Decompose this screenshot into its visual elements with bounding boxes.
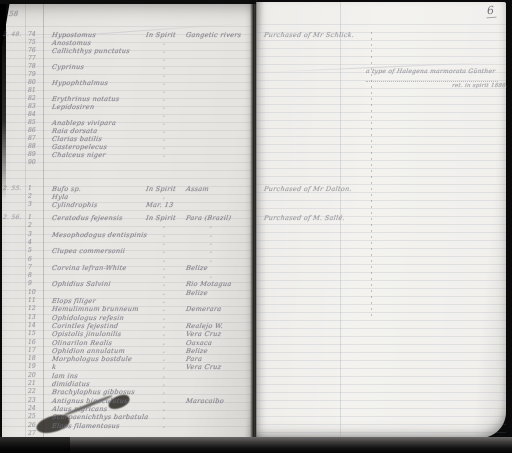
species-name: Olinarilon Realis xyxy=(51,339,112,347)
row-number: 24 xyxy=(28,405,36,412)
locality: Belize xyxy=(185,347,208,355)
locality: Rio Motagua xyxy=(185,280,232,288)
date-annotation: ret. in spirit 1886. xyxy=(452,83,509,89)
ditto-mark: , xyxy=(210,256,212,263)
row-number: 2 xyxy=(28,193,32,200)
ditto-mark: , xyxy=(163,422,165,429)
species-name: Opistolis jinulonilis xyxy=(51,330,121,338)
ditto-mark: , xyxy=(163,239,165,246)
type-annotation: a type of Halegena marmorata Günther xyxy=(366,68,496,75)
species-name: Clupea commersonii xyxy=(51,247,125,255)
row-number: 8 xyxy=(28,272,32,279)
row-number: 83 xyxy=(28,103,36,110)
ditto-mark: , xyxy=(163,79,165,86)
ditto-mark: , xyxy=(163,405,165,412)
row-number: 76 xyxy=(28,47,36,54)
ditto-mark: , xyxy=(163,380,165,387)
left-page-number: 58 xyxy=(8,10,19,18)
ditto-mark: , xyxy=(163,222,165,229)
row-number: 13 xyxy=(28,314,36,321)
ditto-mark: , xyxy=(163,413,165,420)
ditto-mark: , xyxy=(210,247,212,254)
species-name: Clarias batilis xyxy=(51,135,102,143)
ditto-mark: , xyxy=(163,280,165,287)
species-name: Raia dorsata xyxy=(51,127,98,135)
species-name: Corvina lefran-White xyxy=(51,264,127,272)
row-number: 2 xyxy=(28,222,32,229)
row-number: 23 xyxy=(28,397,36,404)
ditto-mark: , xyxy=(163,355,165,362)
ditto-mark: , xyxy=(163,339,165,346)
species-name: Ophidion annulatum xyxy=(51,347,125,355)
row-number: 1 xyxy=(28,214,32,221)
row-number: 89 xyxy=(28,151,36,158)
row-number: 11 xyxy=(28,297,36,304)
ditto-mark: , xyxy=(210,239,212,246)
ditto-mark: , xyxy=(163,256,165,263)
acquisition-note: Purchased of M. Sallé. xyxy=(263,214,345,222)
ditto-mark: , xyxy=(163,95,165,102)
species-name: Ophidologus refesin xyxy=(51,314,124,322)
ditto-mark: , xyxy=(163,231,165,238)
ditto-mark: , xyxy=(210,272,212,279)
species-name: dimidiatus xyxy=(51,380,90,388)
row-number: 14 xyxy=(28,322,36,329)
species-name: k xyxy=(51,363,56,371)
species-name: Callichthys punctatus xyxy=(51,47,130,55)
row-number: 1 xyxy=(28,185,32,192)
ditto-mark: , xyxy=(210,231,212,238)
row-number: 5 xyxy=(28,247,32,254)
species-name: Anostomus xyxy=(51,39,91,47)
ditto-mark: , xyxy=(163,372,165,379)
species-name: Lepidosiren xyxy=(51,103,94,111)
ditto-mark: , xyxy=(163,87,165,94)
species-name: Ophidius Salvini xyxy=(51,280,111,288)
species-name: Cyprinus xyxy=(51,63,84,71)
species-name: Hyla xyxy=(51,193,69,201)
row-number: 19 xyxy=(28,363,36,370)
species-name: lam ins xyxy=(51,372,78,380)
locality: Assam xyxy=(185,185,209,193)
row-number: 17 xyxy=(28,347,36,354)
spirit-note: In Spirit xyxy=(145,31,176,39)
row-number: 26 xyxy=(28,422,36,429)
locality: Demerara xyxy=(185,305,222,313)
register-photo: 58 6 a type of Halegena marmorata Günthe… xyxy=(0,0,512,453)
row-number: 78 xyxy=(28,63,36,70)
row-number: 7 xyxy=(28,264,32,271)
accession-code: 2. 56. xyxy=(3,214,23,221)
row-number: 18 xyxy=(28,355,36,362)
species-name: Alaus nigricans xyxy=(51,405,107,413)
species-name: Hypophthalmus xyxy=(51,79,108,87)
ditto-mark: , xyxy=(163,127,165,134)
acquisition-note: Purchased of Mr Dalton. xyxy=(263,185,352,193)
row-number: 9 xyxy=(28,280,32,287)
ditto-mark: , xyxy=(163,247,165,254)
locality: Belize xyxy=(185,264,208,272)
row-number: 10 xyxy=(28,289,36,296)
species-name: Morphologus bostdule xyxy=(51,355,132,363)
species-name: Bufo sp. xyxy=(51,185,81,193)
species-name: Elops filamentosus xyxy=(51,422,120,430)
row-number: 3 xyxy=(28,201,32,208)
row-number: 88 xyxy=(28,143,36,150)
row-number: 84 xyxy=(28,111,36,118)
row-number: 6 xyxy=(28,256,32,263)
spirit-note: In Spirit xyxy=(145,214,176,222)
row-number: 74 xyxy=(28,31,36,38)
ditto-mark: , xyxy=(210,222,212,229)
locality: Vera Cruz xyxy=(185,330,222,338)
species-name: Antignus binoculatus xyxy=(51,397,128,405)
row-number: 22 xyxy=(28,388,36,395)
row-number: 90 xyxy=(28,159,36,166)
row-number: 21 xyxy=(28,380,36,387)
row-number: 4 xyxy=(28,239,32,246)
row-number: 82 xyxy=(28,95,36,102)
ditto-mark: , xyxy=(163,363,165,370)
ditto-mark: , xyxy=(163,305,165,312)
locality: Belize xyxy=(185,289,208,297)
annotation-dotted-line xyxy=(366,80,498,82)
locality: Vera Cruz xyxy=(185,363,222,371)
row-number: 27 xyxy=(28,430,36,437)
ditto-mark: , xyxy=(163,63,165,70)
row-number: 16 xyxy=(28,339,36,346)
ditto-mark: , xyxy=(163,330,165,337)
row-number: 12 xyxy=(28,305,36,312)
locality: Para xyxy=(185,355,202,363)
row-number: 87 xyxy=(28,135,36,142)
row-number: 85 xyxy=(28,119,36,126)
row-number: 80 xyxy=(28,79,36,86)
species-name: Corintles fejestind xyxy=(51,322,118,330)
row-number: 81 xyxy=(28,87,36,94)
ditto-mark: , xyxy=(163,135,165,142)
accession-code: 2. 48. xyxy=(3,31,23,38)
ditto-mark: , xyxy=(163,347,165,354)
species-name: Cylindrophis xyxy=(51,201,98,209)
handwriting-layer: 58 6 a type of Halegena marmorata Günthe… xyxy=(0,0,512,453)
ditto-mark: , xyxy=(163,143,165,150)
spirit-note: Mar. 13 xyxy=(145,201,174,209)
row-number: 20 xyxy=(28,372,36,379)
ditto-mark: , xyxy=(163,55,165,62)
row-number: 15 xyxy=(28,330,36,337)
ditto-mark: , xyxy=(163,314,165,321)
row-number: 79 xyxy=(28,71,36,78)
ditto-mark: , xyxy=(163,322,165,329)
row-number: 25 xyxy=(28,413,36,420)
ditto-mark: , xyxy=(163,71,165,78)
species-name: Elops filiger xyxy=(51,297,96,305)
locality: Para (Brazil) xyxy=(185,214,231,222)
acquisition-note: Purchased of Mr Schlick. xyxy=(263,31,354,39)
ditto-mark: , xyxy=(163,297,165,304)
species-name: Mesophodogus dentispinis xyxy=(51,231,147,239)
ditto-mark: , xyxy=(163,39,165,46)
ditto-mark: , xyxy=(163,264,165,271)
species-name: Hemulimnum brunneum xyxy=(51,305,139,313)
ditto-mark: , xyxy=(163,47,165,54)
ditto-mark: , xyxy=(163,289,165,296)
ditto-mark: , xyxy=(163,193,165,200)
locality: Gangetic rivers xyxy=(185,31,241,39)
species-name: Gasteropelecus xyxy=(51,143,107,151)
ditto-mark: , xyxy=(163,111,165,118)
accession-code: 2. 55. xyxy=(3,185,23,192)
ditto-mark: , xyxy=(163,388,165,395)
locality: Oaxaca xyxy=(185,339,212,347)
row-number: 75 xyxy=(28,39,36,46)
species-name: Ceratodus fejeensis xyxy=(51,214,123,222)
ditto-mark: , xyxy=(163,119,165,126)
ditto-mark: , xyxy=(163,103,165,110)
row-number: 86 xyxy=(28,127,36,134)
species-name: Erythrinus notatus xyxy=(51,95,120,103)
ditto-mark: , xyxy=(163,151,165,158)
ditto-mark: , xyxy=(163,397,165,404)
ditto-mark: , xyxy=(163,272,165,279)
species-name: Brachylophus gibbosus xyxy=(51,388,135,396)
row-number: 77 xyxy=(28,55,36,62)
species-name: Chalceus niger xyxy=(51,151,106,159)
row-number: 3 xyxy=(28,231,32,238)
locality: Maracaibo xyxy=(185,397,224,405)
locality: Realejo W. xyxy=(185,322,223,330)
species-name: Anableps vivipara xyxy=(51,119,116,127)
spirit-note: In Spirit xyxy=(145,185,176,193)
species-name: Scorpaenichthys barbatula xyxy=(51,413,149,421)
species-name: Hypostomus xyxy=(51,31,96,39)
right-page-number: 6 xyxy=(486,4,497,19)
